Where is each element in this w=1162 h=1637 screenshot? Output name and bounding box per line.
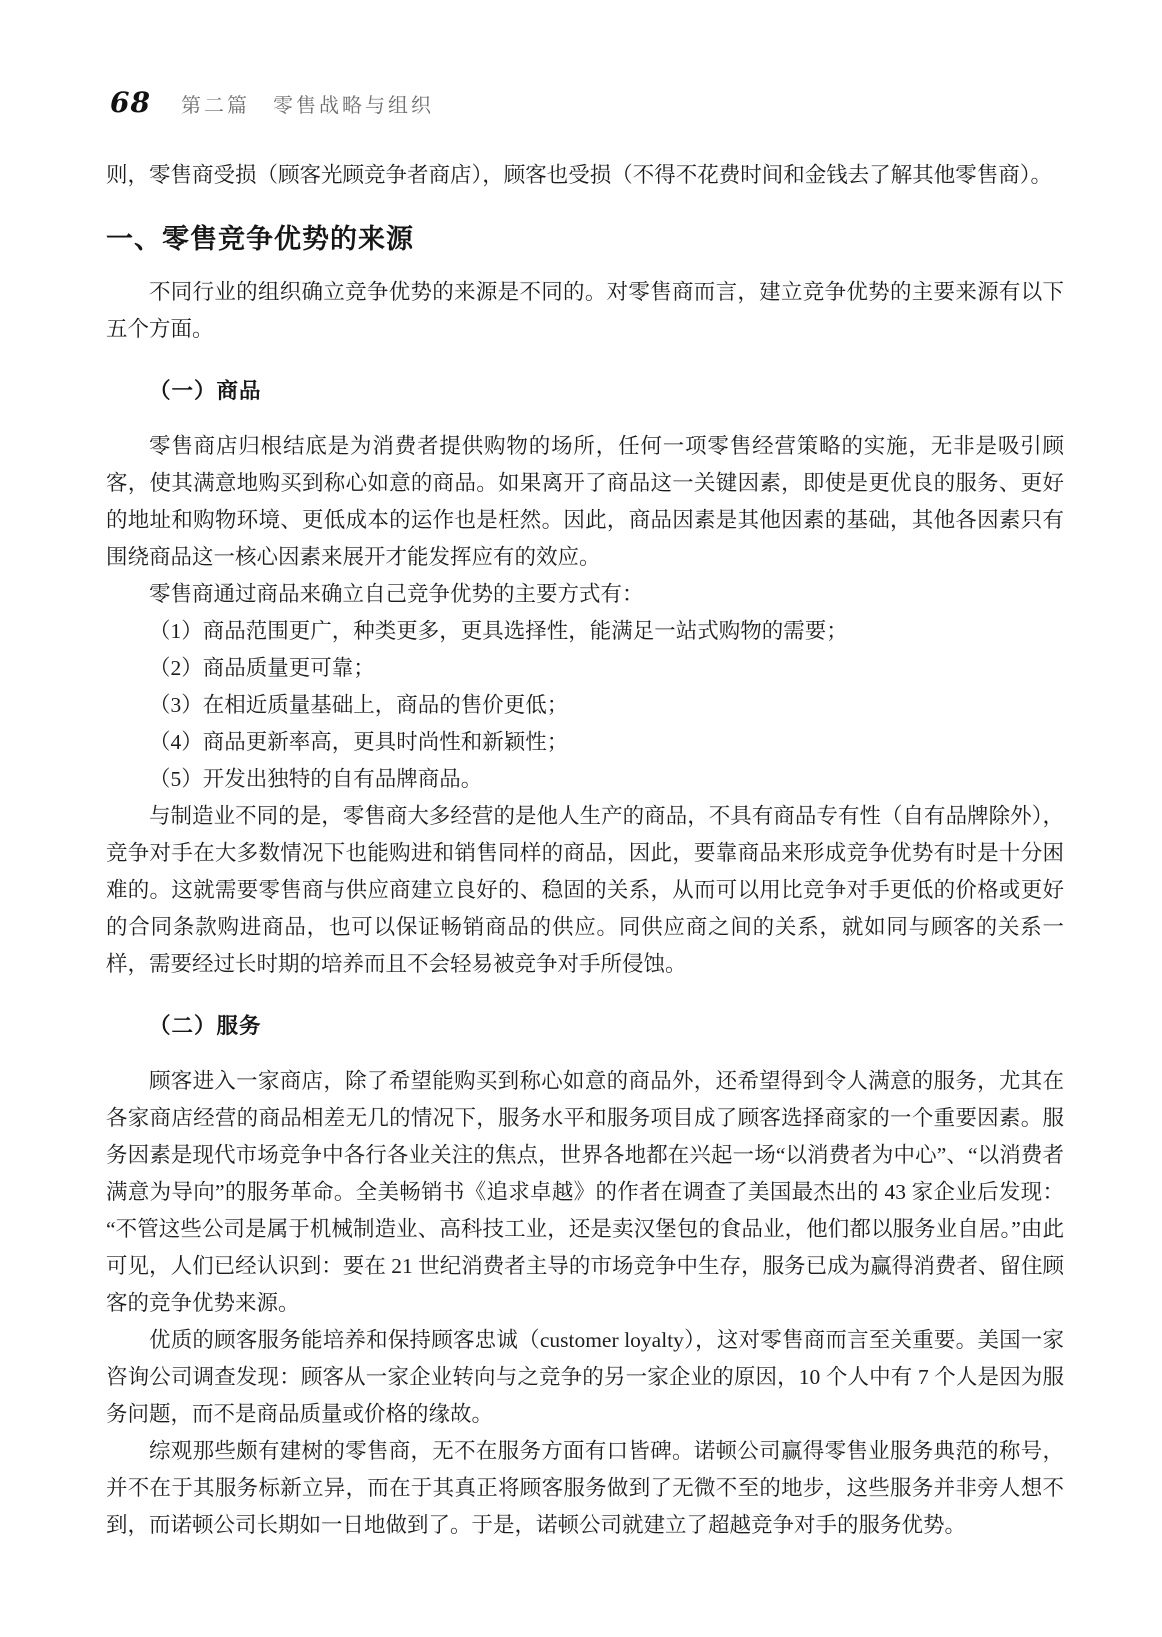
subsection-heading-service: （二）服务 (106, 1011, 1064, 1041)
list-item: （4）商品更新率高，更具时尚性和新颖性； (106, 724, 1064, 761)
list-item: （2）商品质量更可靠； (106, 650, 1064, 687)
paragraph-section-intro: 不同行业的组织确立竞争优势的来源是不同的。对零售商而言，建立竞争优势的主要来源有… (106, 274, 1064, 348)
list-item: （1）商品范围更广，种类更多，更具选择性，能满足一站式购物的需要； (106, 613, 1064, 650)
paragraph-goods-1: 零售商店归根结底是为消费者提供购物的场所，任何一项零售经营策略的实施，无非是吸引… (106, 428, 1064, 576)
page-body: 则，零售商受损（顾客光顾竞争者商店），顾客也受损（不得不花费时间和金钱去了解其他… (106, 157, 1064, 1544)
paragraph-service-2: 优质的顾客服务能培养和保持顾客忠诚（customer loyalty），这对零售… (106, 1322, 1064, 1433)
page-header: 68 第二篇 零售战略与组织 (110, 84, 1064, 125)
paragraph-goods-list-intro: 零售商通过商品来确立自己竞争优势的主要方式有： (106, 576, 1064, 613)
page-number: 68 (110, 84, 151, 121)
paragraph-service-1: 顾客进入一家商店，除了希望能购买到称心如意的商品外，还希望得到令人满意的服务，尤… (106, 1063, 1064, 1322)
book-page: 68 第二篇 零售战略与组织 则，零售商受损（顾客光顾竞争者商店），顾客也受损（… (0, 0, 1162, 1637)
subsection-heading-goods: （一）商品 (106, 376, 1064, 406)
paragraph-goods-2: 与制造业不同的是，零售商大多经营的是他人生产的商品，不具有商品专有性（自有品牌除… (106, 798, 1064, 983)
paragraph-service-3: 综观那些颇有建树的零售商，无不在服务方面有口皆碑。诺顿公司赢得零售业服务典范的称… (106, 1433, 1064, 1544)
paragraph-intro-continued: 则，零售商受损（顾客光顾竞争者商店），顾客也受损（不得不花费时间和金钱去了解其他… (106, 157, 1064, 194)
list-item: （5）开发出独特的自有品牌商品。 (106, 761, 1064, 798)
running-title: 第二篇 零售战略与组织 (181, 88, 434, 125)
section-heading: 一、零售竞争优势的来源 (106, 222, 1064, 256)
goods-advantage-list: （1）商品范围更广，种类更多，更具选择性，能满足一站式购物的需要； （2）商品质… (106, 613, 1064, 798)
list-item: （3）在相近质量基础上，商品的售价更低； (106, 687, 1064, 724)
